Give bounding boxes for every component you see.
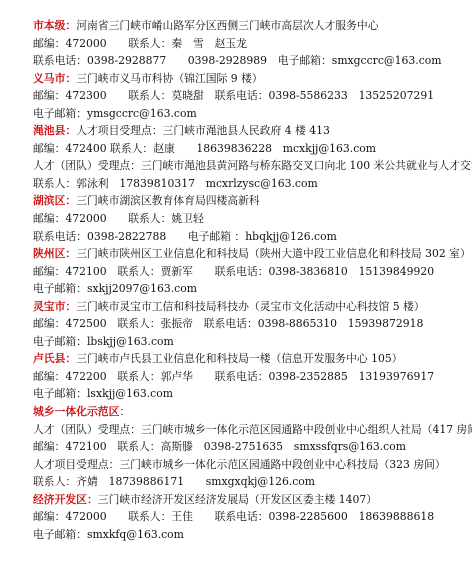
line-text: 三门峡市经济开发区经济发展局（开发区区委主楼 1407） bbox=[98, 493, 377, 506]
line-text: 三门峡市卢氏县工业信息化和科技局一楼（信息开发服务中心 105） bbox=[76, 352, 402, 365]
line-text: 联系人：齐婧 18739886171 smxgxqkj@126.com bbox=[33, 475, 315, 488]
line-text: 邮编：472000 联系人：秦 雪 赵玉龙 bbox=[33, 37, 247, 50]
section-label: 卢氏县： bbox=[33, 352, 76, 365]
contact-line: 联系电话：0398-2928877 0398-2928989 电子邮箱：smxg… bbox=[33, 52, 472, 70]
line-text: 三门峡市湖滨区教育体育局四楼高新科 bbox=[76, 194, 260, 207]
line-text: 邮编：472100 联系人：贾新军 联系电话：0398-3836810 1513… bbox=[33, 265, 434, 278]
section-line-city-level: 市本级：河南省三门峡市崤山路军分区西侧三门峡市高层次人才服务中心 bbox=[33, 17, 472, 35]
contact-document: 市本级：河南省三门峡市崤山路军分区西侧三门峡市高层次人才服务中心 邮编：4720… bbox=[0, 0, 476, 563]
line-text: 电子邮箱：lsxkjj@163.com bbox=[33, 387, 173, 400]
section-line-yima: 义马市：三门峡市义马市科协（锦江国际 9 楼） bbox=[33, 70, 472, 88]
section-label: 湖滨区： bbox=[33, 194, 76, 207]
contact-line: 邮编：472500 联系人：张振帝 联系电话：0398-8865310 1593… bbox=[33, 315, 472, 333]
contact-line: 电子邮箱：smxkfq@163.com bbox=[33, 526, 472, 544]
contact-line: 邮编：472000 联系人：姚卫轻 bbox=[33, 210, 472, 228]
line-text: 邮编：472100 联系人：高斯滕 0398-2751635 smxssfqrs… bbox=[33, 440, 406, 453]
section-label: 城乡一体化示范区 bbox=[33, 405, 119, 418]
contact-line: 人才项目受理点：三门峡市城乡一体化示范区园通路中段创业中心科技局（323 房间） bbox=[33, 456, 472, 474]
line-text: ： bbox=[119, 405, 130, 418]
line-text: 联系电话：0398-2928877 0398-2928989 电子邮箱：smxg… bbox=[33, 54, 441, 67]
line-text: 邮编：472000 联系人：王佳 联系电话：0398-2285600 18639… bbox=[33, 510, 434, 523]
section-label: 市本级： bbox=[33, 19, 76, 32]
contact-line: 邮编：472100 联系人：贾新军 联系电话：0398-3836810 1513… bbox=[33, 263, 472, 281]
line-text: 人才项目受理点：三门峡市城乡一体化示范区园通路中段创业中心科技局（323 房间） bbox=[33, 458, 446, 471]
section-line-lingbao: 灵宝市：三门峡市灵宝市工信和科技局科技办（灵宝市文化活动中心科技馆 5 楼） bbox=[33, 298, 472, 316]
section-line-economic-dev-zone: 经济开发区：三门峡市经济开发区经济发展局（开发区区委主楼 1407） bbox=[33, 491, 472, 509]
contact-line: 联系电话：0398-2822788 电子邮箱 ：hbqkjj@126.com bbox=[33, 228, 472, 246]
line-text: 人才项目受理点：三门峡市渑池县人民政府 4 楼 413 bbox=[76, 124, 330, 137]
contact-line: 邮编：472000 联系人：王佳 联系电话：0398-2285600 18639… bbox=[33, 508, 472, 526]
line-text: 电子邮箱：sxkjj2097@163.com bbox=[33, 282, 197, 295]
contact-line: 人才（团队）受理点：三门峡市渑池县黄河路与桥东路交叉口向北 100 米公共就业与… bbox=[33, 157, 472, 175]
section-label: 经济开发区： bbox=[33, 493, 98, 506]
line-text: 联系人：郭泳利 17839810317 mcxrlzysc@163.com bbox=[33, 177, 318, 190]
contact-line: 邮编：472200 联系人：郭卢华 联系电话：0398-2352885 1319… bbox=[33, 368, 472, 386]
section-line-hubin: 湖滨区：三门峡市湖滨区教育体育局四楼高新科 bbox=[33, 192, 472, 210]
section-label: 渑池县： bbox=[33, 124, 76, 137]
line-text: 河南省三门峡市崤山路军分区西侧三门峡市高层次人才服务中心 bbox=[76, 19, 378, 32]
line-text: 电子邮箱：smxkfq@163.com bbox=[33, 528, 184, 541]
contact-line: 邮编：472400 联系人：赵康 18639836228 mcxkjj@163.… bbox=[33, 140, 472, 158]
line-text: 联系电话：0398-2822788 电子邮箱 ：hbqkjj@126.com bbox=[33, 230, 337, 243]
line-text: 三门峡市灵宝市工信和科技局科技办（灵宝市文化活动中心科技馆 5 楼） bbox=[76, 300, 424, 313]
section-line-mianchi: 渑池县：人才项目受理点：三门峡市渑池县人民政府 4 楼 413 bbox=[33, 122, 472, 140]
section-label: 义马市： bbox=[33, 72, 76, 85]
line-text: 邮编：472400 联系人：赵康 18639836228 mcxkjj@163.… bbox=[33, 142, 376, 155]
line-text: 人才（团队）受理点：三门峡市渑池县黄河路与桥东路交叉口向北 100 米公共就业与… bbox=[33, 159, 472, 172]
contact-line: 邮编：472300 联系人：莫晓甜 联系电话：0398-5586233 1352… bbox=[33, 87, 472, 105]
line-text: 邮编：472200 联系人：郭卢华 联系电话：0398-2352885 1319… bbox=[33, 370, 434, 383]
contact-line: 电子邮箱：sxkjj2097@163.com bbox=[33, 280, 472, 298]
contact-line: 人才（团队）受理点：三门峡市城乡一体化示范区园通路中段创业中心组织人社局（417… bbox=[33, 421, 472, 439]
line-text: 电子邮箱：ymsgccrc@163.com bbox=[33, 107, 197, 120]
section-label: 灵宝市： bbox=[33, 300, 76, 313]
contact-line: 电子邮箱：lbskjj@163.com bbox=[33, 333, 472, 351]
line-text: 邮编：472000 联系人：姚卫轻 bbox=[33, 212, 204, 225]
section-line-shanzhou: 陕州区：三门峡市陕州区工业信息化和科技局（陕州大道中段工业信息化和科技局 302… bbox=[33, 245, 472, 263]
section-line-urban-rural-demo-zone: 城乡一体化示范区： bbox=[33, 403, 472, 421]
line-text: 三门峡市义马市科协（锦江国际 9 楼） bbox=[76, 72, 262, 85]
contact-line: 联系人：齐婧 18739886171 smxgxqkj@126.com bbox=[33, 473, 472, 491]
contact-line: 电子邮箱：ymsgccrc@163.com bbox=[33, 105, 472, 123]
line-text: 三门峡市陕州区工业信息化和科技局（陕州大道中段工业信息化和科技局 302 室） bbox=[76, 247, 471, 260]
contact-line: 电子邮箱：lsxkjj@163.com bbox=[33, 385, 472, 403]
section-line-lushi: 卢氏县：三门峡市卢氏县工业信息化和科技局一楼（信息开发服务中心 105） bbox=[33, 350, 472, 368]
line-text: 人才（团队）受理点：三门峡市城乡一体化示范区园通路中段创业中心组织人社局（417… bbox=[33, 423, 472, 436]
contact-line: 邮编：472000 联系人：秦 雪 赵玉龙 bbox=[33, 35, 472, 53]
line-text: 邮编：472300 联系人：莫晓甜 联系电话：0398-5586233 1352… bbox=[33, 89, 434, 102]
contact-line: 邮编：472100 联系人：高斯滕 0398-2751635 smxssfqrs… bbox=[33, 438, 472, 456]
contact-line: 联系人：郭泳利 17839810317 mcxrlzysc@163.com bbox=[33, 175, 472, 193]
line-text: 邮编：472500 联系人：张振帝 联系电话：0398-8865310 1593… bbox=[33, 317, 423, 330]
line-text: 电子邮箱：lbskjj@163.com bbox=[33, 335, 174, 348]
section-label: 陕州区： bbox=[33, 247, 76, 260]
